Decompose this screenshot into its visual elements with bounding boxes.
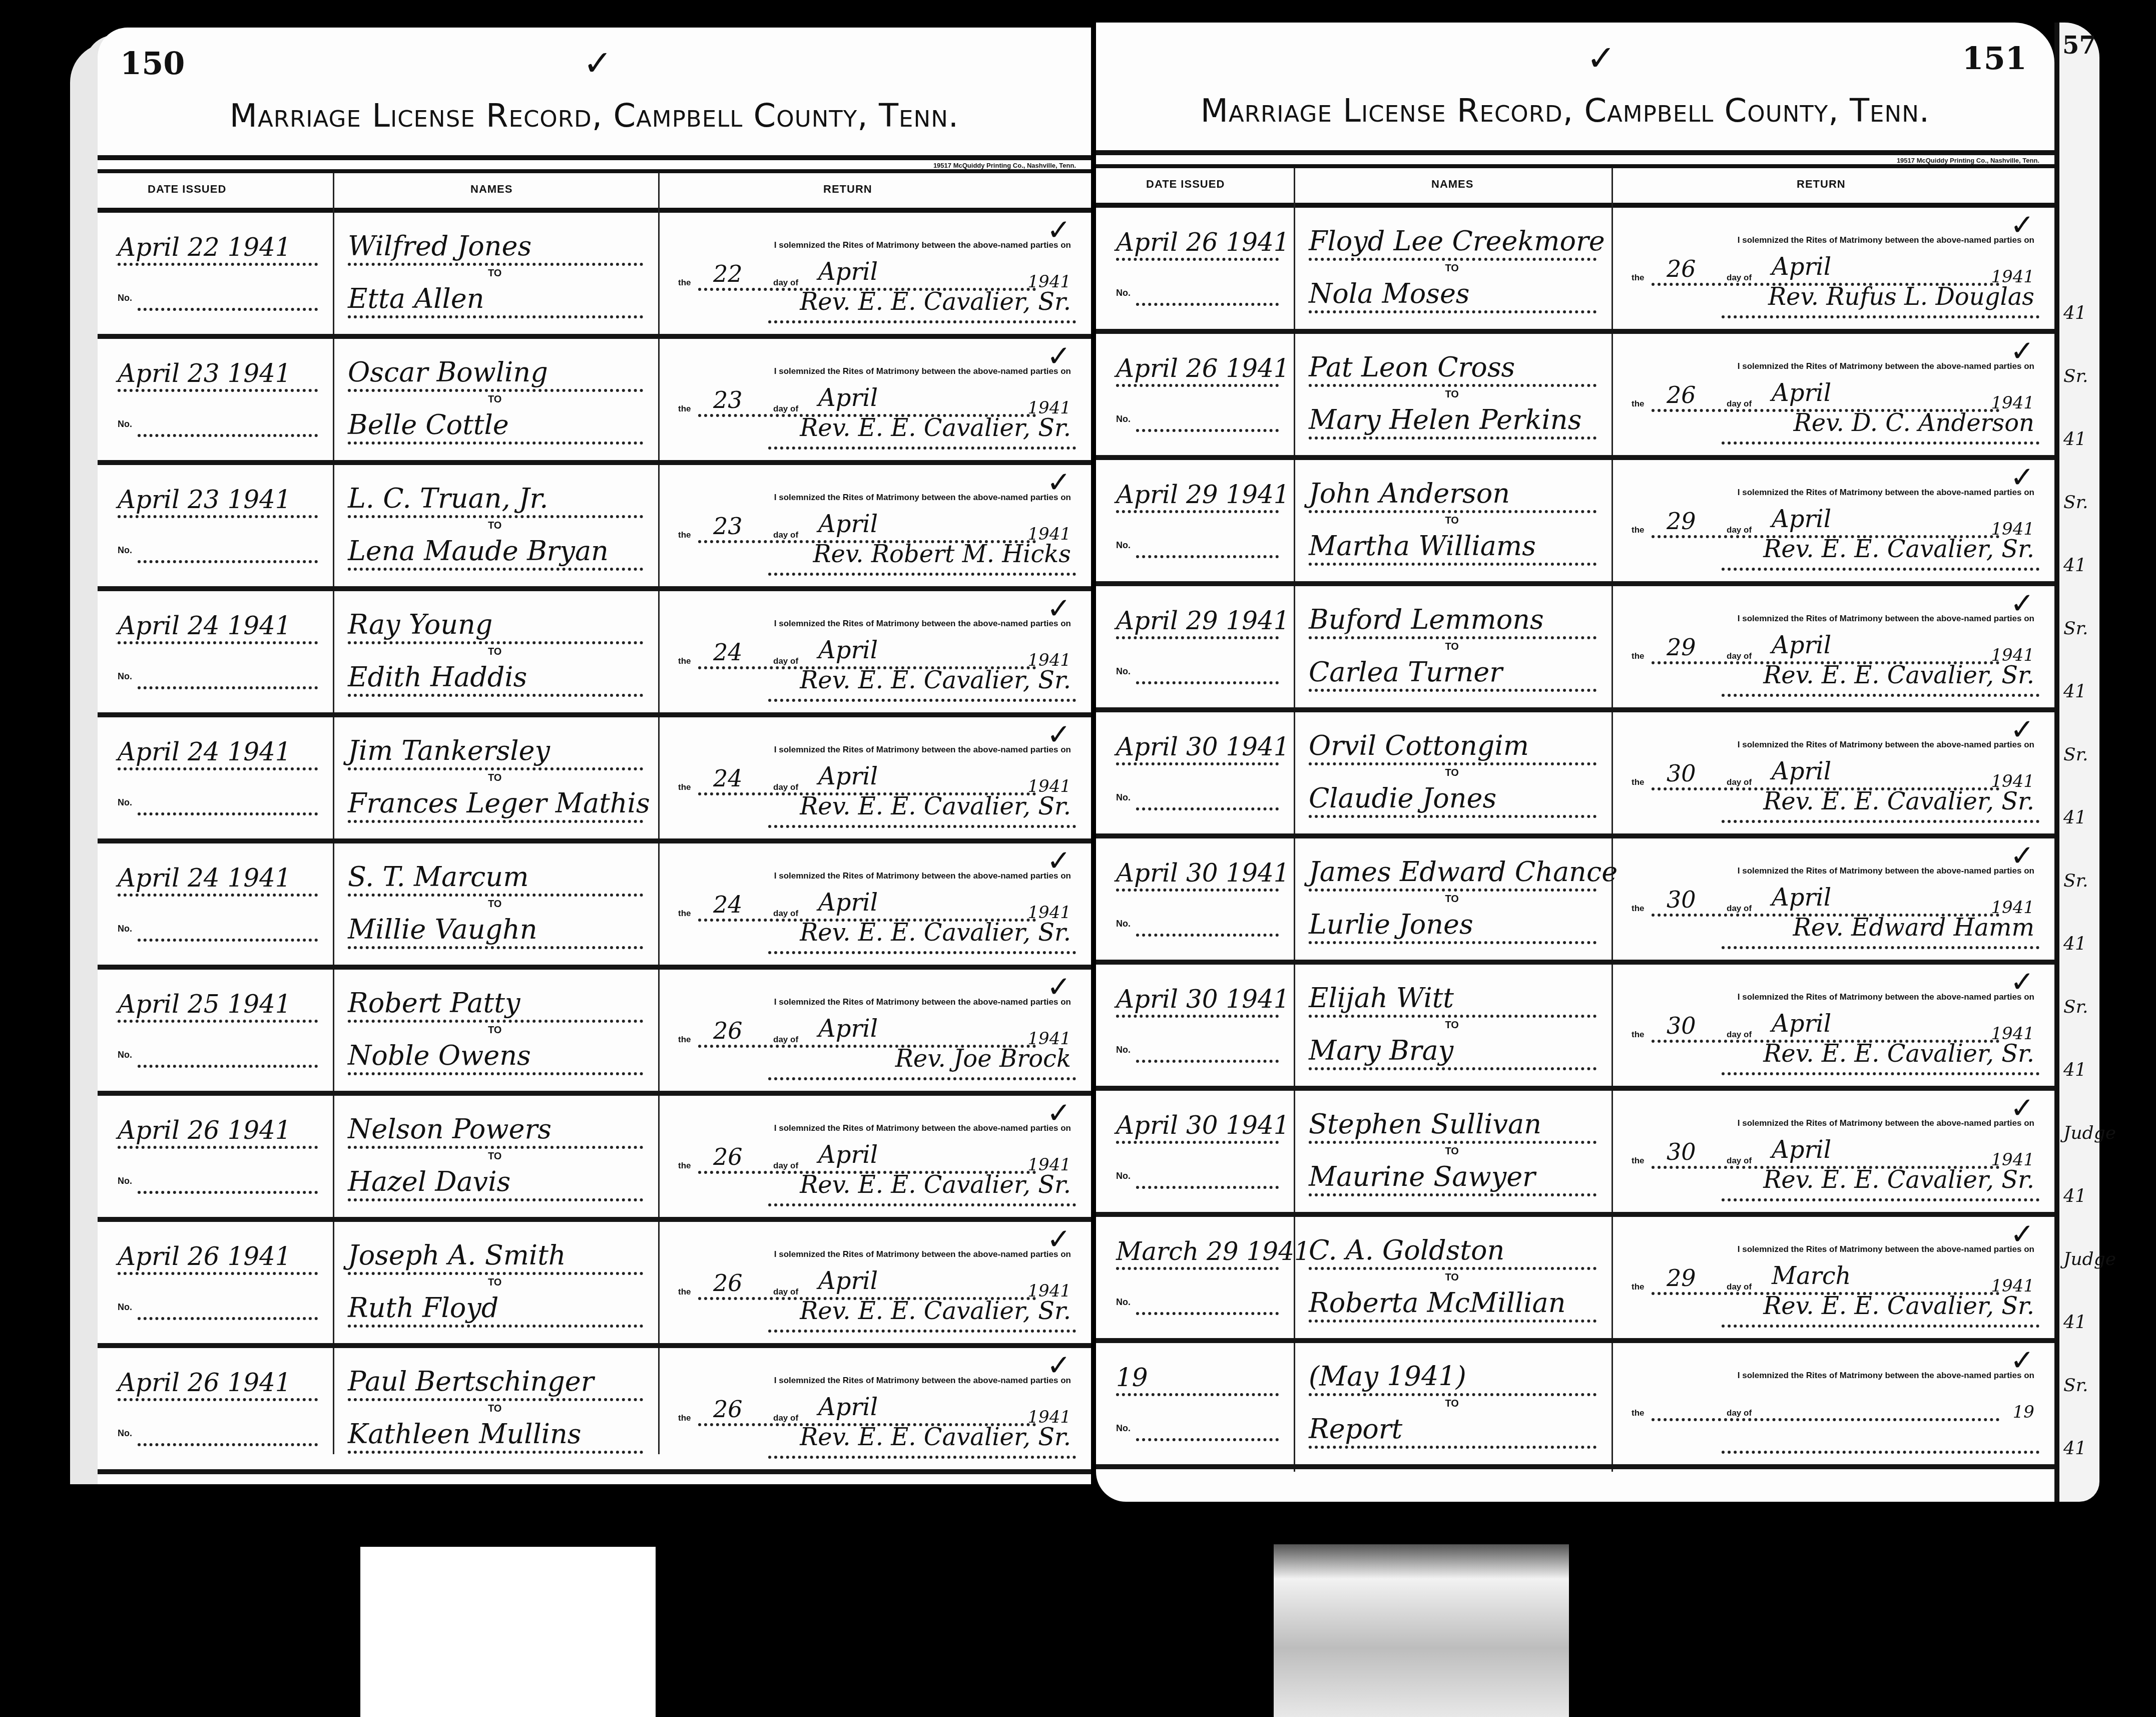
- return-day: 26: [713, 1017, 743, 1044]
- adjacent-page-number: 57: [2062, 32, 2096, 60]
- day-of-label: day of: [1727, 651, 1752, 661]
- license-number-label: No.: [118, 671, 132, 682]
- groom-name: Orvil Cottongim: [1309, 730, 1529, 761]
- check-icon: ✓: [2010, 460, 2034, 494]
- return-day: 23: [713, 386, 743, 413]
- check-icon: ✓: [1046, 1348, 1071, 1382]
- margin-annotation: Sr.: [2063, 366, 2088, 386]
- the-label: the: [1632, 1408, 1645, 1418]
- check-icon: ✓: [1046, 591, 1071, 625]
- license-number-label: No.: [118, 419, 132, 430]
- license-entry: April 23 1941No.Oscar BowlingTOBelle Cot…: [98, 339, 1091, 465]
- date-issued: April 24 1941: [118, 864, 291, 893]
- margin-annotation: Sr.: [2063, 997, 2088, 1017]
- day-of-label: day of: [1727, 1030, 1752, 1040]
- to-label: TO: [488, 899, 501, 910]
- return-day: 30: [1667, 760, 1696, 787]
- solemnized-statement: I solemnized the Rites of Matrimony betw…: [1738, 235, 2034, 245]
- to-label: TO: [1445, 894, 1459, 905]
- margin-annotation: 41: [2063, 1312, 2086, 1333]
- the-label: the: [1632, 904, 1645, 914]
- bride-name: Roberta McMillian: [1309, 1287, 1565, 1319]
- margin-annotation: 41: [2063, 303, 2086, 323]
- officiant-name: Rev. E. E. Cavalier, Sr.: [800, 666, 1071, 694]
- page-title: Marriage License Record, Campbell County…: [1096, 93, 2054, 130]
- license-entry: April 24 1941No.S. T. MarcumTOMillie Vau…: [98, 843, 1091, 970]
- solemnized-statement: I solemnized the Rites of Matrimony betw…: [1738, 1371, 2034, 1381]
- to-label: TO: [488, 1151, 501, 1162]
- column-header-date-issued: DATE ISSUED: [148, 183, 226, 196]
- check-icon: ✓: [2010, 334, 2034, 368]
- license-entry: April 30 1941No.Elijah WittTOMary BrayI …: [1096, 965, 2054, 1091]
- return-day: 26: [713, 1143, 743, 1170]
- the-label: the: [678, 1287, 691, 1297]
- license-number-label: No.: [118, 797, 132, 808]
- solemnized-statement: I solemnized the Rites of Matrimony betw…: [774, 493, 1071, 503]
- return-day: 26: [713, 1269, 743, 1297]
- to-label: TO: [488, 646, 501, 658]
- day-of-label: day of: [773, 278, 798, 288]
- the-label: the: [678, 404, 691, 414]
- check-icon: ✓: [2010, 586, 2034, 620]
- day-of-label: day of: [1727, 525, 1752, 535]
- license-entry: April 25 1941No.Robert PattyTONoble Owen…: [98, 970, 1091, 1096]
- return-month: April: [1772, 631, 1831, 659]
- column-header-date-issued: DATE ISSUED: [1146, 178, 1225, 191]
- groom-name: Jim Tankersley: [348, 735, 550, 766]
- return-day: 23: [713, 513, 743, 540]
- groom-name: Ray Young: [348, 609, 492, 640]
- day-of-label: day of: [773, 1035, 798, 1045]
- return-month: April: [1772, 884, 1831, 912]
- officiant-name: Rev. E. E. Cavalier, Sr.: [800, 919, 1071, 947]
- officiant-name: Rev. E. E. Cavalier, Sr.: [1763, 1166, 2034, 1194]
- day-of-label: day of: [773, 1161, 798, 1171]
- return-day: 26: [1667, 381, 1696, 408]
- the-label: the: [678, 1161, 691, 1171]
- return-month: April: [818, 510, 878, 538]
- day-of-label: day of: [1727, 1156, 1752, 1166]
- license-number-label: No.: [1116, 288, 1131, 298]
- margin-annotation: Sr.: [2063, 1375, 2088, 1396]
- license-entry: April 29 1941No.Buford LemmonsTOCarlea T…: [1096, 586, 2054, 712]
- to-label: TO: [488, 1403, 501, 1415]
- day-of-label: day of: [773, 909, 798, 919]
- margin-annotation: 41: [2063, 555, 2086, 576]
- margin-annotation: 41: [2063, 1438, 2086, 1459]
- date-issued: March 29 1941: [1116, 1237, 1310, 1266]
- to-label: TO: [488, 1277, 501, 1289]
- officiant-name: Rev. Joe Brock: [895, 1045, 1071, 1073]
- solemnized-statement: I solemnized the Rites of Matrimony betw…: [774, 366, 1071, 376]
- check-icon: ✓: [1046, 970, 1071, 1004]
- license-number-label: No.: [1116, 792, 1131, 803]
- officiant-name: Rev. E. E. Cavalier, Sr.: [800, 288, 1071, 316]
- license-entry: April 26 1941No.Paul BertschingerTOKathl…: [98, 1348, 1091, 1474]
- audit-check-icon: ✓: [1586, 38, 1616, 79]
- solemnized-statement: I solemnized the Rites of Matrimony betw…: [1738, 740, 2034, 750]
- date-issued: April 22 1941: [118, 233, 291, 262]
- groom-name: Elijah Witt: [1309, 982, 1454, 1014]
- solemnized-statement: I solemnized the Rites of Matrimony betw…: [774, 871, 1071, 881]
- return-month: April: [1772, 379, 1831, 407]
- license-number-label: No.: [1116, 666, 1131, 677]
- return-day: 30: [1667, 1138, 1696, 1165]
- margin-annotation: 41: [2063, 807, 2086, 828]
- margin-annotation: Sr.: [2063, 744, 2088, 765]
- return-month: April: [818, 1393, 878, 1421]
- check-icon: ✓: [1046, 465, 1071, 499]
- the-label: the: [678, 909, 691, 919]
- license-number-label: No.: [118, 1302, 132, 1313]
- return-month: March: [1772, 1262, 1851, 1290]
- page-number: 150: [120, 45, 185, 82]
- check-icon: ✓: [1046, 1096, 1071, 1130]
- license-entry: April 24 1941No.Jim TankersleyTOFrances …: [98, 717, 1091, 843]
- return-month: April: [818, 1267, 878, 1295]
- officiant-name: Rev. E. E. Cavalier, Sr.: [1763, 1040, 2034, 1068]
- ledger-page-left: 150 ✓ Marriage License Record, Campbell …: [98, 28, 1091, 1484]
- page-number: 151: [1962, 40, 2027, 77]
- to-label: TO: [1445, 1020, 1459, 1031]
- license-number-label: No.: [1116, 414, 1131, 424]
- date-issued: April 24 1941: [118, 611, 291, 640]
- margin-annotation: Sr.: [2063, 492, 2088, 513]
- day-of-label: day of: [1727, 273, 1752, 283]
- the-label: the: [678, 278, 691, 288]
- officiant-name: Rev. E. E. Cavalier, Sr.: [800, 792, 1071, 820]
- return-month: April: [1772, 1010, 1831, 1038]
- day-of-label: day of: [1727, 1282, 1752, 1292]
- ledger-page-right: 151 ✓ Marriage License Record, Campbell …: [1096, 23, 2054, 1502]
- return-day: 26: [713, 1396, 743, 1423]
- the-label: the: [1632, 651, 1645, 661]
- license-number-label: No.: [1116, 1423, 1131, 1434]
- margin-annotation: 41: [2063, 681, 2086, 702]
- day-of-label: day of: [1727, 399, 1752, 409]
- to-label: TO: [488, 268, 501, 279]
- day-of-label: day of: [1727, 904, 1752, 914]
- return-day: 29: [1667, 634, 1696, 661]
- date-issued: April 30 1941: [1116, 985, 1290, 1014]
- groom-name: (May 1941): [1309, 1361, 1466, 1392]
- license-number-label: No.: [1116, 919, 1131, 929]
- column-header-names: NAMES: [1431, 178, 1473, 191]
- return-month: April: [818, 258, 878, 286]
- groom-name: Robert Patty: [348, 987, 520, 1019]
- return-month: April: [1772, 505, 1831, 533]
- groom-name: John Anderson: [1309, 478, 1510, 509]
- license-entry: April 29 1941No.John AndersonTOMartha Wi…: [1096, 460, 2054, 586]
- margin-annotation: 41: [2063, 1060, 2086, 1080]
- officiant-name: Rev. E. E. Cavalier, Sr.: [800, 1297, 1071, 1325]
- check-icon: ✓: [1046, 213, 1071, 247]
- margin-annotation: Sr.: [2063, 871, 2088, 891]
- groom-name: Stephen Sullivan: [1309, 1108, 1541, 1140]
- day-of-label: day of: [773, 404, 798, 414]
- return-month: April: [818, 1141, 878, 1169]
- officiant-name: Rev. Robert M. Hicks: [813, 540, 1071, 568]
- photo-card-right: [1274, 1544, 1569, 1717]
- date-issued: April 24 1941: [118, 737, 291, 766]
- groom-name: Buford Lemmons: [1309, 604, 1544, 635]
- officiant-name: Rev. Rufus L. Douglas: [1768, 283, 2034, 311]
- license-number-label: No.: [118, 1176, 132, 1186]
- return-day: 30: [1667, 886, 1696, 913]
- license-entry: April 24 1941No.Ray YoungTOEdith HaddisI…: [98, 591, 1091, 717]
- date-issued: April 26 1941: [118, 1368, 291, 1397]
- margin-annotation: Sr.: [2063, 618, 2088, 639]
- return-day: 24: [713, 639, 743, 666]
- publisher-imprint: 19517 McQuiddy Printing Co., Nashville, …: [1897, 157, 2039, 164]
- bride-name: Ruth Floyd: [348, 1292, 498, 1324]
- page-title: Marriage License Record, Campbell County…: [98, 98, 1091, 135]
- return-day: 30: [1667, 1012, 1696, 1039]
- license-number-label: No.: [118, 1050, 132, 1060]
- date-issued: April 30 1941: [1116, 1111, 1290, 1140]
- officiant-name: Rev. E. E. Cavalier, Sr.: [1763, 787, 2034, 815]
- groom-name: Wilfred Jones: [348, 230, 531, 262]
- officiant-name: Rev. E. E. Cavalier, Sr.: [800, 414, 1071, 442]
- return-day: 29: [1667, 1264, 1696, 1292]
- solemnized-statement: I solemnized the Rites of Matrimony betw…: [774, 1249, 1071, 1259]
- bride-name: Lurlie Jones: [1309, 909, 1473, 940]
- license-entry: March 29 1941No.C. A. GoldstonTORoberta …: [1096, 1217, 2054, 1343]
- date-issued: 19: [1116, 1363, 1148, 1392]
- license-number-label: No.: [1116, 540, 1131, 551]
- officiant-name: Rev. E. E. Cavalier, Sr.: [800, 1423, 1071, 1451]
- publisher-imprint: 19517 McQuiddy Printing Co., Nashville, …: [933, 162, 1076, 169]
- check-icon: ✓: [2010, 208, 2034, 242]
- check-icon: ✓: [2010, 712, 2034, 746]
- solemnized-statement: I solemnized the Rites of Matrimony betw…: [1738, 866, 2034, 876]
- solemnized-statement: I solemnized the Rites of Matrimony betw…: [1738, 614, 2034, 624]
- bride-name: Martha Williams: [1309, 530, 1536, 562]
- license-entry: April 30 1941No.Orvil CottongimTOClaudie…: [1096, 712, 2054, 838]
- the-label: the: [678, 1035, 691, 1045]
- officiant-name: Rev. E. E. Cavalier, Sr.: [1763, 661, 2034, 689]
- bride-name: Maurine Sawyer: [1309, 1161, 1535, 1192]
- license-entry: April 30 1941No.Stephen SullivanTOMaurin…: [1096, 1091, 2054, 1217]
- groom-name: S. T. Marcum: [348, 861, 528, 893]
- bride-name: Lena Maude Bryan: [348, 535, 609, 567]
- return-day: 29: [1667, 508, 1696, 535]
- the-label: the: [1632, 777, 1645, 787]
- check-icon: ✓: [1046, 339, 1071, 373]
- return-month: April: [1772, 1136, 1831, 1164]
- date-issued: April 26 1941: [118, 1116, 291, 1145]
- margin-annotation: 41: [2063, 1186, 2086, 1206]
- the-label: the: [678, 1413, 691, 1423]
- groom-name: Floyd Lee Creekmore: [1309, 225, 1605, 257]
- check-icon: ✓: [1046, 1222, 1071, 1256]
- to-label: TO: [1445, 515, 1459, 527]
- bride-name: Mary Helen Perkins: [1309, 404, 1581, 436]
- groom-name: Pat Leon Cross: [1309, 351, 1515, 383]
- audit-check-icon: ✓: [583, 43, 613, 84]
- date-issued: April 26 1941: [118, 1242, 291, 1271]
- the-label: the: [1632, 1156, 1645, 1166]
- bride-name: Edith Haddis: [348, 661, 527, 693]
- solemnized-statement: I solemnized the Rites of Matrimony betw…: [774, 745, 1071, 755]
- solemnized-statement: I solemnized the Rites of Matrimony betw…: [774, 619, 1071, 629]
- to-label: TO: [488, 1025, 501, 1036]
- return-month: April: [818, 762, 878, 790]
- day-of-label: day of: [773, 1287, 798, 1297]
- solemnized-statement: I solemnized the Rites of Matrimony betw…: [774, 1123, 1071, 1133]
- license-number-label: No.: [118, 293, 132, 303]
- to-label: TO: [1445, 263, 1459, 274]
- license-number-label: No.: [118, 1428, 132, 1439]
- solemnized-statement: I solemnized the Rites of Matrimony betw…: [774, 997, 1071, 1007]
- license-entry: April 23 1941No.L. C. Truan, Jr.TOLena M…: [98, 465, 1091, 591]
- groom-name: Oscar Bowling: [348, 356, 548, 388]
- the-label: the: [1632, 525, 1645, 535]
- solemnized-statement: I solemnized the Rites of Matrimony betw…: [1738, 1118, 2034, 1128]
- to-label: TO: [1445, 389, 1459, 400]
- license-number-label: No.: [118, 924, 132, 934]
- day-of-label: day of: [1727, 777, 1752, 787]
- solemnized-statement: I solemnized the Rites of Matrimony betw…: [774, 240, 1071, 250]
- license-entries: April 22 1941No.Wilfred JonesTOEtta Alle…: [98, 213, 1091, 1474]
- date-issued: April 30 1941: [1116, 858, 1290, 888]
- bride-name: Claudie Jones: [1309, 782, 1496, 814]
- return-month: April: [1772, 757, 1831, 785]
- groom-name: L. C. Truan, Jr.: [348, 483, 549, 514]
- day-of-label: day of: [773, 656, 798, 666]
- to-label: TO: [488, 772, 501, 784]
- the-label: the: [1632, 273, 1645, 283]
- margin-annotation: Judge: [2063, 1249, 2116, 1269]
- bride-name: Mary Bray: [1309, 1035, 1453, 1066]
- bride-name: Etta Allen: [348, 283, 484, 314]
- the-label: the: [1632, 399, 1645, 409]
- date-issued: April 23 1941: [118, 485, 291, 514]
- groom-name: Joseph A. Smith: [348, 1239, 566, 1271]
- bride-name: Hazel Davis: [348, 1166, 510, 1197]
- return-day: 24: [713, 765, 743, 792]
- solemnized-statement: I solemnized the Rites of Matrimony betw…: [1738, 361, 2034, 371]
- the-label: the: [678, 530, 691, 540]
- the-label: the: [678, 782, 691, 792]
- day-of-label: day of: [1727, 1408, 1752, 1418]
- the-label: the: [678, 656, 691, 666]
- margin-annotation: 41: [2063, 429, 2086, 450]
- check-icon: ✓: [2010, 965, 2034, 999]
- license-entry: April 26 1941No.Nelson PowersTOHazel Dav…: [98, 1096, 1091, 1222]
- date-issued: April 26 1941: [1116, 354, 1290, 383]
- bride-name: Kathleen Mullins: [348, 1418, 582, 1450]
- date-issued: April 23 1941: [118, 359, 291, 388]
- license-entry: April 26 1941No.Pat Leon CrossTOMary Hel…: [1096, 334, 2054, 460]
- solemnized-statement: I solemnized the Rites of Matrimony betw…: [774, 1376, 1071, 1386]
- to-label: TO: [1445, 1146, 1459, 1157]
- groom-name: C. A. Goldston: [1309, 1234, 1504, 1266]
- license-entry: 19No.(May 1941)TOReportI solemnized the …: [1096, 1343, 2054, 1469]
- date-issued: April 26 1941: [1116, 228, 1290, 257]
- bride-name: Nola Moses: [1309, 278, 1470, 309]
- license-number-label: No.: [1116, 1297, 1131, 1308]
- date-issued: April 25 1941: [118, 990, 291, 1019]
- to-label: TO: [1445, 641, 1459, 653]
- day-of-label: day of: [773, 530, 798, 540]
- license-number-label: No.: [1116, 1171, 1131, 1181]
- margin-annotation: 41: [2063, 934, 2086, 954]
- check-icon: ✓: [1046, 717, 1071, 751]
- bride-name: Frances Leger Mathis: [348, 787, 650, 819]
- officiant-name: Rev. E. E. Cavalier, Sr.: [1763, 535, 2034, 563]
- bride-name: Noble Owens: [348, 1040, 531, 1071]
- solemnized-statement: I solemnized the Rites of Matrimony betw…: [1738, 992, 2034, 1002]
- bride-name: Carlea Turner: [1309, 656, 1502, 688]
- license-entry: April 22 1941No.Wilfred JonesTOEtta Alle…: [98, 213, 1091, 339]
- return-month: April: [818, 889, 878, 917]
- to-label: TO: [1445, 1272, 1459, 1283]
- column-header-return: RETURN: [1797, 178, 1846, 191]
- return-day: 24: [713, 891, 743, 918]
- officiant-name: Rev. D. C. Anderson: [1794, 409, 2034, 437]
- check-icon: ✓: [2010, 1091, 2034, 1125]
- margin-annotation: Judge: [2063, 1123, 2116, 1143]
- return-month: April: [1772, 253, 1831, 281]
- groom-name: Paul Bertschinger: [348, 1366, 594, 1397]
- license-number-label: No.: [1116, 1045, 1131, 1055]
- return-day: 22: [713, 260, 743, 287]
- day-of-label: day of: [773, 782, 798, 792]
- return-year: 19: [2013, 1402, 2034, 1422]
- the-label: the: [1632, 1282, 1645, 1292]
- to-label: TO: [488, 520, 501, 532]
- license-entry: April 30 1941No.James Edward ChanceTOLur…: [1096, 838, 2054, 965]
- date-issued: April 29 1941: [1116, 606, 1290, 635]
- to-label: TO: [488, 394, 501, 405]
- return-day: 26: [1667, 255, 1696, 282]
- column-header-names: NAMES: [470, 183, 512, 196]
- solemnized-statement: I solemnized the Rites of Matrimony betw…: [1738, 1244, 2034, 1254]
- photo-card-left: [360, 1547, 656, 1717]
- return-month: April: [818, 636, 878, 664]
- adjacent-page-margin: 57 41Sr.41Sr.41Sr.41Sr.41Sr.41Sr.41Judge…: [2054, 23, 2099, 1502]
- check-icon: ✓: [2010, 1217, 2034, 1251]
- officiant-name: Rev. E. E. Cavalier, Sr.: [800, 1171, 1071, 1199]
- officiant-name: Rev. Edward Hamm: [1793, 914, 2034, 942]
- groom-name: James Edward Chance: [1309, 856, 1618, 888]
- license-entry: April 26 1941No.Floyd Lee CreekmoreTONol…: [1096, 208, 2054, 334]
- bride-name: Belle Cottle: [348, 409, 509, 441]
- day-of-label: day of: [773, 1413, 798, 1423]
- license-entry: April 26 1941No.Joseph A. SmithTORuth Fl…: [98, 1222, 1091, 1348]
- return-month: April: [818, 384, 878, 412]
- date-issued: April 29 1941: [1116, 480, 1290, 509]
- check-icon: ✓: [2010, 1343, 2034, 1377]
- check-icon: ✓: [1046, 843, 1071, 878]
- check-icon: ✓: [2010, 838, 2034, 873]
- solemnized-statement: I solemnized the Rites of Matrimony betw…: [1738, 488, 2034, 498]
- license-entries: April 26 1941No.Floyd Lee CreekmoreTONol…: [1096, 208, 2054, 1469]
- date-issued: April 30 1941: [1116, 732, 1290, 761]
- column-header-return: RETURN: [823, 183, 872, 196]
- groom-name: Nelson Powers: [348, 1113, 552, 1145]
- bride-name: Report: [1309, 1413, 1402, 1445]
- license-number-label: No.: [118, 545, 132, 556]
- to-label: TO: [1445, 767, 1459, 779]
- return-month: April: [818, 1015, 878, 1043]
- the-label: the: [1632, 1030, 1645, 1040]
- bride-name: Millie Vaughn: [348, 914, 537, 945]
- to-label: TO: [1445, 1398, 1459, 1410]
- officiant-name: Rev. E. E. Cavalier, Sr.: [1763, 1292, 2034, 1320]
